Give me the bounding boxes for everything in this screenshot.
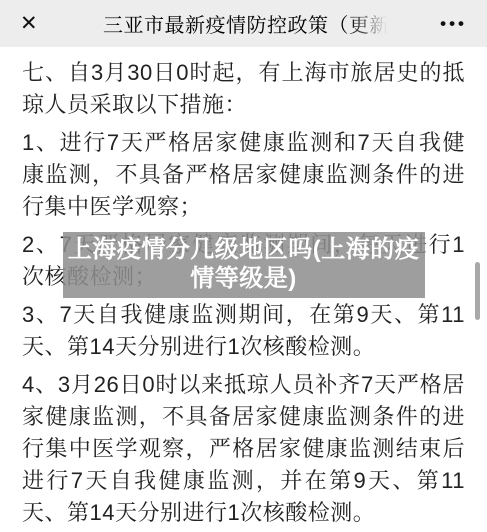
paragraph-item-4: 4、3月26日0时以来抵琼人员补齐7天严格居家健康监测，不具备居家健康监测条件的… — [22, 369, 465, 529]
scrollbar-thumb[interactable] — [475, 262, 480, 320]
watermark-overlay: 上海疫情分几级地区吗(上海的疫情等级是) — [63, 232, 425, 298]
paragraph-item-1: 1、进行7天严格居家健康监测和7天自我健康监测，不具备严格居家健康监测条件的进行… — [22, 127, 465, 223]
paragraph-item-3: 3、7天自我健康监测期间，在第9天、第11天、第14天分别进行1次核酸检测。 — [22, 299, 465, 363]
paragraph-intro: 七、自3月30日0时起，有上海市旅居史的抵琼人员采取以下措施： — [22, 57, 465, 121]
more-menu-icon[interactable]: ••• — [440, 0, 467, 47]
article-viewer-window: ✕ 三亚市最新疫情防控政策（更新 ••• 七、自3月30日0时起，有上海市旅居史… — [0, 0, 487, 532]
page-title: 三亚市最新疫情防控政策（更新 — [103, 9, 390, 38]
close-icon[interactable]: ✕ — [20, 0, 38, 47]
title-container: 三亚市最新疫情防控政策（更新 — [103, 0, 432, 47]
titlebar: ✕ 三亚市最新疫情防控政策（更新 ••• — [0, 0, 487, 47]
